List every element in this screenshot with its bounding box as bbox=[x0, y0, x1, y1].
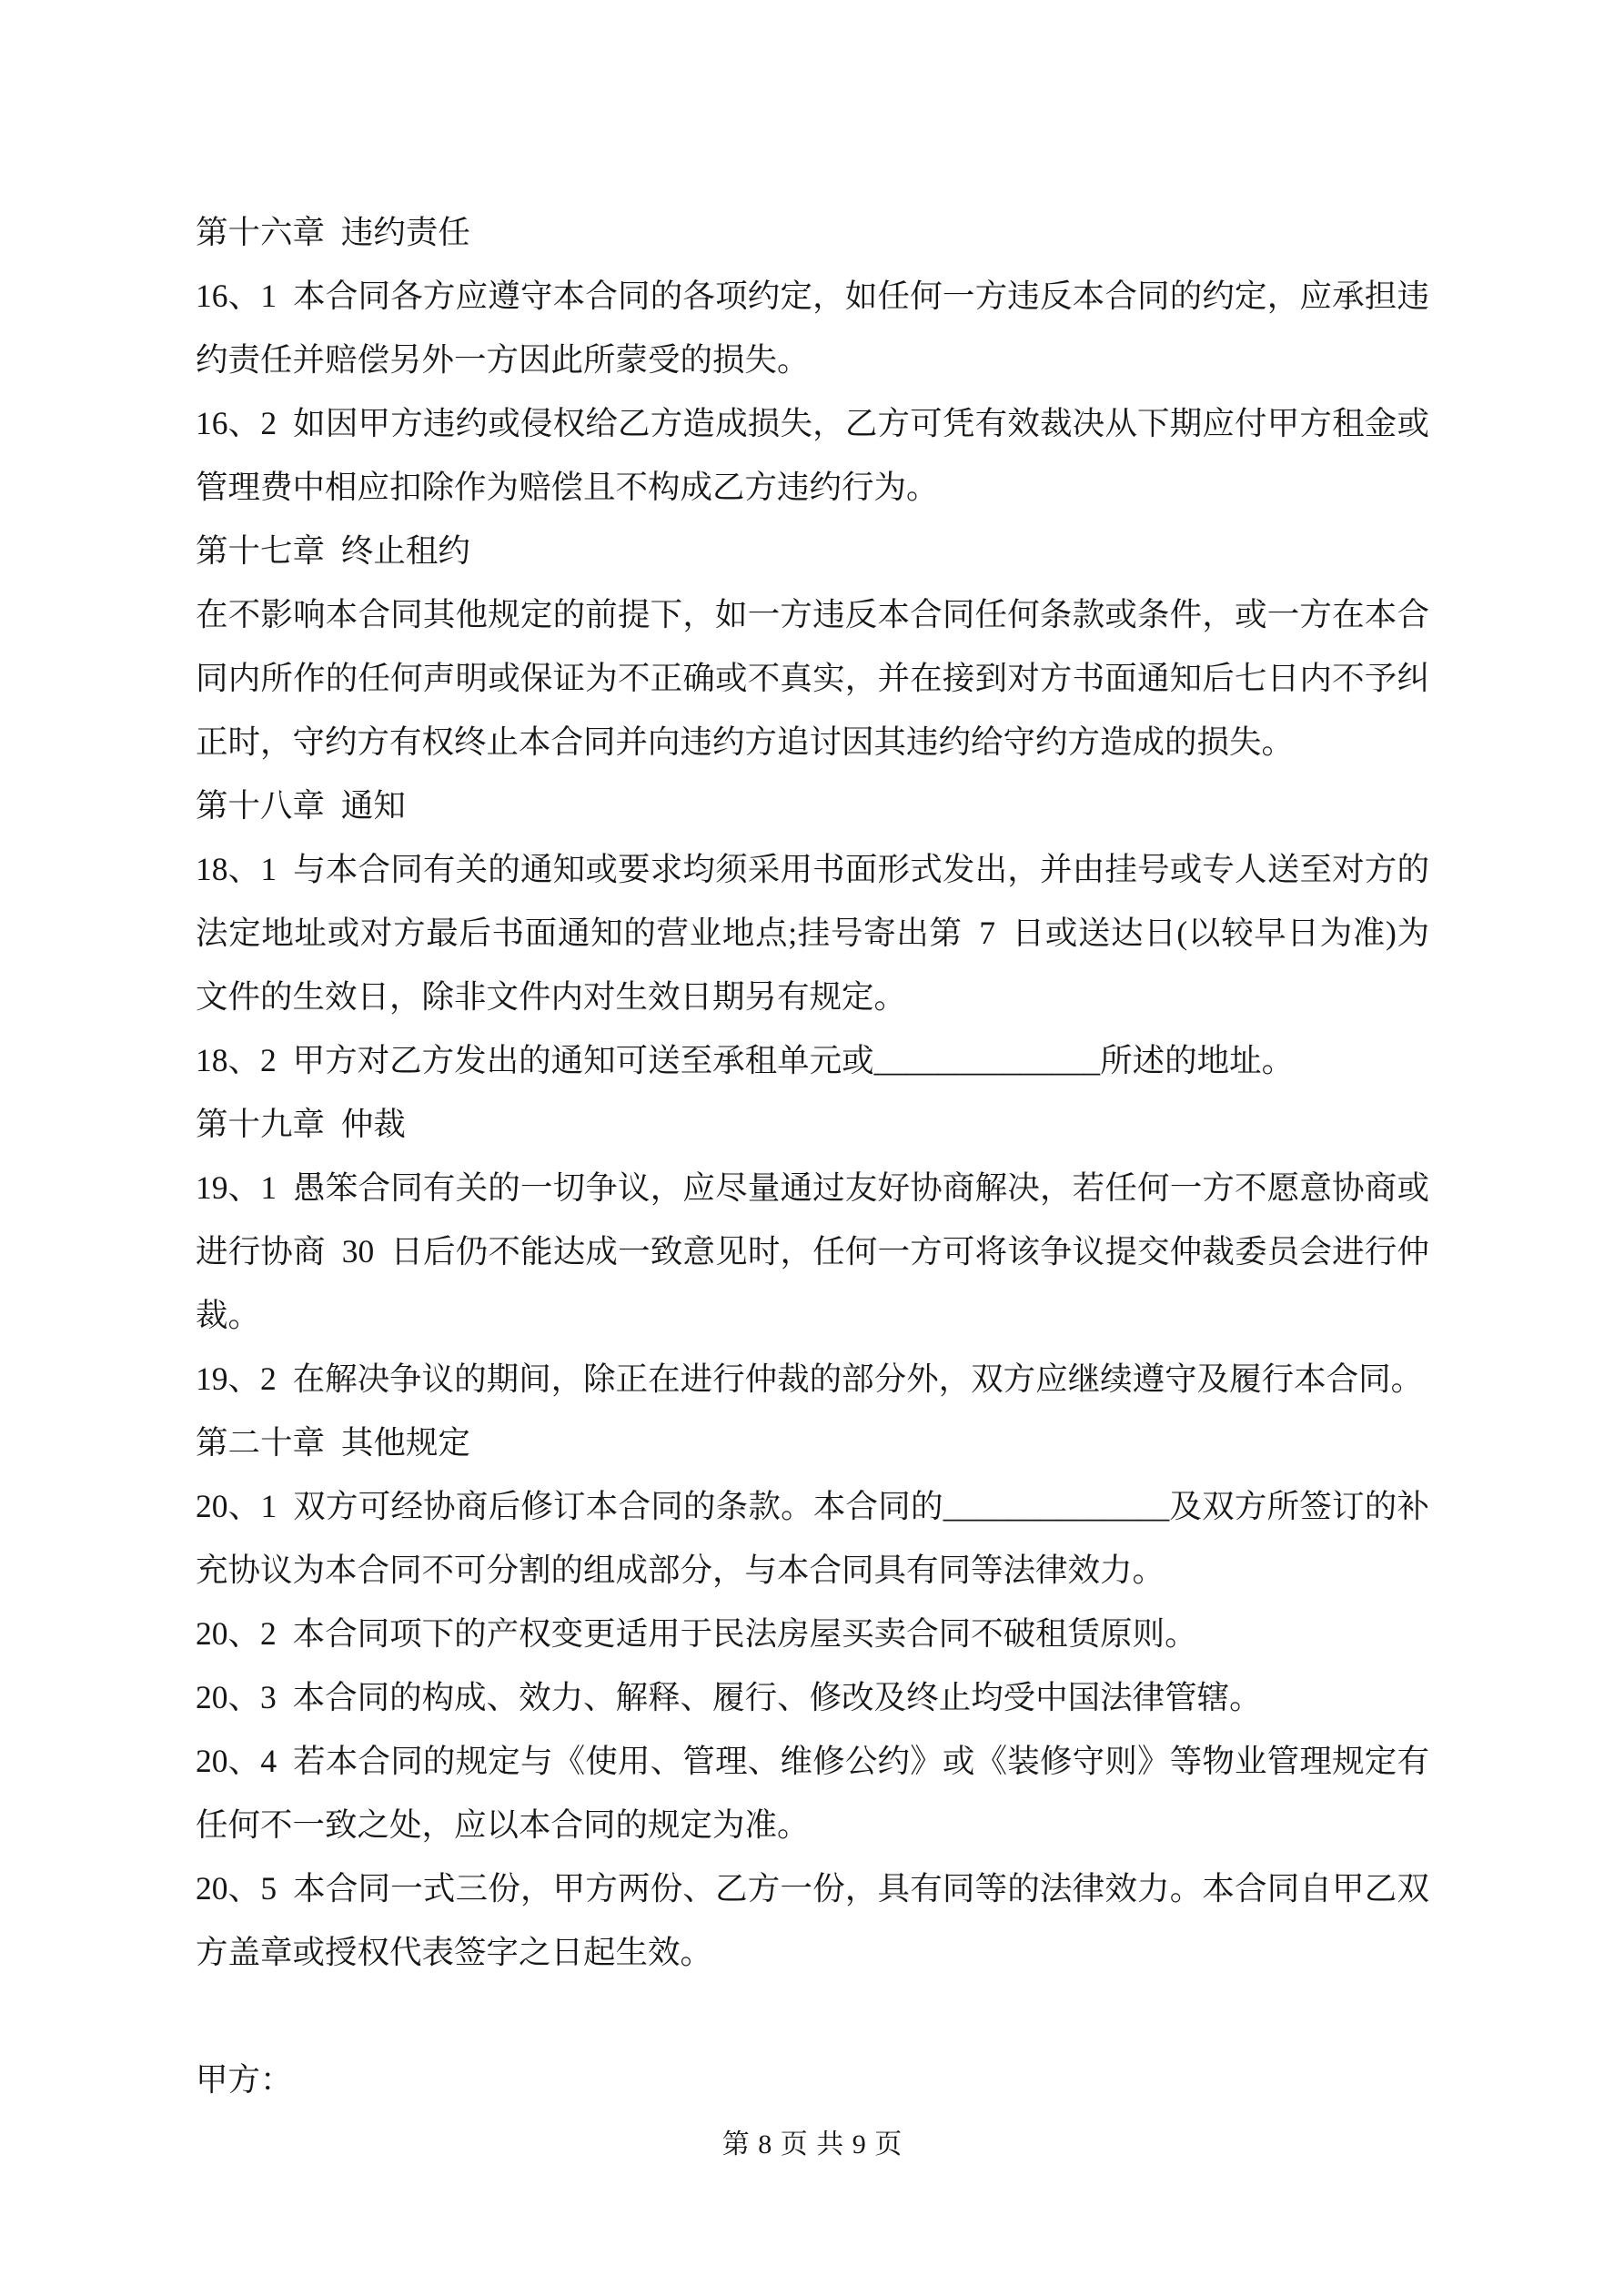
clause-16-1-line-1: 16、1 本合同各方应遵守本合同的各项约定，如任何一方违反本合同的约定，应承担违 bbox=[196, 264, 1429, 328]
clause-20-3-line-1: 20、3 本合同的构成、效力、解释、履行、修改及终止均受中国法律管辖。 bbox=[196, 1665, 1429, 1729]
clause-19-1-line-2: 进行协商 30 日后仍不能达成一致意见时，任何一方可将该争议提交仲裁委员会进行仲 bbox=[196, 1219, 1429, 1283]
clause-18-1-line-1: 18、1 与本合同有关的通知或要求均须采用书面形式发出，并由挂号或专人送至对方的 bbox=[196, 837, 1429, 901]
contract-page: 第十六章 违约责任16、1 本合同各方应遵守本合同的各项约定，如任何一方违反本合… bbox=[0, 0, 1624, 2296]
chapter-18-heading: 第十八章 通知 bbox=[196, 774, 1429, 837]
clause-19-1-line-1: 19、1 愚笨合同有关的一切争议，应尽量通过友好协商解决，若任何一方不愿意协商或 bbox=[196, 1156, 1429, 1219]
clause-18-1-line-2: 法定地址或对方最后书面通知的营业地点;挂号寄出第 7 日或送达日(以较早日为准)… bbox=[196, 901, 1429, 965]
chapter-19-heading: 第十九章 仲裁 bbox=[196, 1092, 1429, 1156]
chapter-17-heading: 第十七章 终止租约 bbox=[196, 519, 1429, 582]
clause-16-1-line-2: 约责任并赔偿另外一方因此所蒙受的损失。 bbox=[196, 328, 1429, 391]
clause-19-1-line-3: 裁。 bbox=[196, 1283, 1429, 1347]
clause-20-1-line-2: 充协议为本合同不可分割的组成部分，与本合同具有同等法律效力。 bbox=[196, 1538, 1429, 1602]
document-body: 第十六章 违约责任16、1 本合同各方应遵守本合同的各项约定，如任何一方违反本合… bbox=[196, 200, 1429, 2111]
clause-17-line-3: 正时，守约方有权终止本合同并向违约方追讨因其违约给守约方造成的损失。 bbox=[196, 710, 1429, 774]
clause-20-2-line-1: 20、2 本合同项下的产权变更适用于民法房屋买卖合同不破租赁原则。 bbox=[196, 1602, 1429, 1665]
party-a-label: 甲方： bbox=[196, 2048, 1429, 2111]
clause-20-4-line-2: 任何不一致之处，应以本合同的规定为准。 bbox=[196, 1793, 1429, 1856]
clause-20-1-line-1: 20、1 双方可经协商后修订本合同的条款。本合同的______________及… bbox=[196, 1474, 1429, 1538]
clause-17-line-2: 同内所作的任何声明或保证为不正确或不真实，并在接到对方书面通知后七日内不予纠 bbox=[196, 646, 1429, 710]
chapter-16-heading: 第十六章 违约责任 bbox=[196, 200, 1429, 264]
line-spacer bbox=[196, 1984, 1429, 2048]
clause-17-line-1: 在不影响本合同其他规定的前提下，如一方违反本合同任何条款或条件，或一方在本合 bbox=[196, 582, 1429, 646]
clause-19-2-line-1: 19、2 在解决争议的期间，除正在进行仲裁的部分外，双方应继续遵守及履行本合同。 bbox=[196, 1347, 1429, 1411]
clause-20-4-line-1: 20、4 若本合同的规定与《使用、管理、维修公约》或《装修守则》等物业管理规定有 bbox=[196, 1729, 1429, 1793]
chapter-20-heading: 第二十章 其他规定 bbox=[196, 1411, 1429, 1474]
page-footer: 第 8 页 共 9 页 bbox=[0, 2129, 1624, 2161]
clause-16-2-line-2: 管理费中相应扣除作为赔偿且不构成乙方违约行为。 bbox=[196, 455, 1429, 519]
clause-18-1-line-3: 文件的生效日，除非文件内对生效日期另有规定。 bbox=[196, 965, 1429, 1028]
clause-18-2-line-1: 18、2 甲方对乙方发出的通知可送至承租单元或______________所述的… bbox=[196, 1028, 1429, 1092]
clause-16-2-line-1: 16、2 如因甲方违约或侵权给乙方造成损失，乙方可凭有效裁决从下期应付甲方租金或 bbox=[196, 391, 1429, 455]
clause-20-5-line-1: 20、5 本合同一式三份，甲方两份、乙方一份，具有同等的法律效力。本合同自甲乙双 bbox=[196, 1856, 1429, 1920]
clause-20-5-line-2: 方盖章或授权代表签字之日起生效。 bbox=[196, 1920, 1429, 1984]
